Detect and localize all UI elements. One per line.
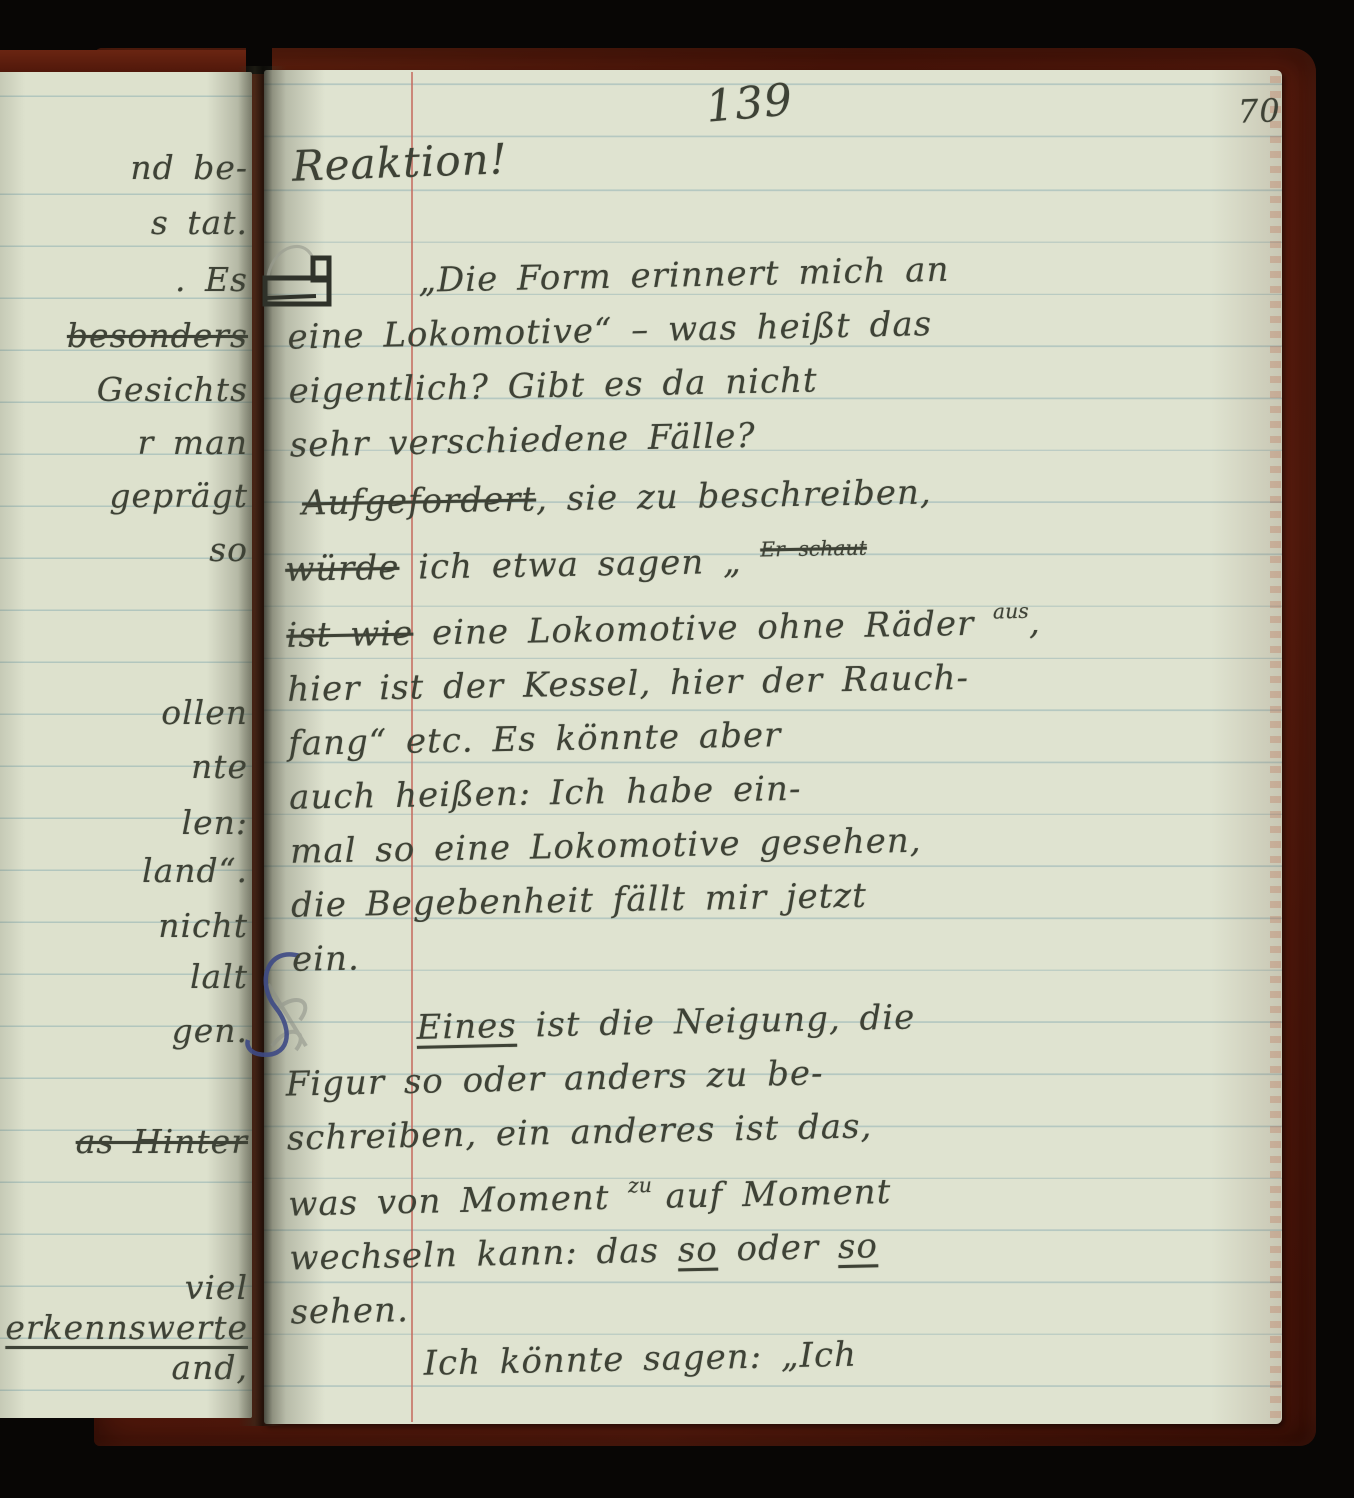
handwriting-segment: viel xyxy=(185,1268,248,1307)
handwriting-segment: besonders xyxy=(67,316,248,355)
handwriting-segment: die Begebenheit fällt mir jetzt xyxy=(291,876,867,926)
handwriting-segment: so xyxy=(209,530,248,569)
heading-reaktion: Reaktion! xyxy=(291,134,508,190)
left-page-fragment: lalt xyxy=(190,957,248,996)
handwriting-segment: was von Moment xyxy=(288,1177,629,1224)
handwriting-segment: nicht xyxy=(158,906,248,945)
handwriting-segment: Aufgefordert xyxy=(302,479,537,523)
left-page-fragment: Gesichts xyxy=(97,370,248,409)
left-page-fragment: geprägt xyxy=(109,476,248,515)
handwriting-segment: , sie zu beschreiben, xyxy=(536,473,932,520)
handwriting-segment: eigentlich? Gibt es da nicht xyxy=(288,360,818,411)
left-page-fragment: . Es xyxy=(175,260,248,299)
handwriting-segment: oder xyxy=(717,1227,838,1270)
handwriting-segment: Eines xyxy=(416,1006,517,1048)
handwriting-segment: auf Moment xyxy=(665,1172,892,1217)
handwriting-segment: zu xyxy=(628,1173,666,1198)
handwriting-segment: r man xyxy=(138,423,248,462)
handwriting-segment: Figur so oder anders zu be- xyxy=(285,1053,824,1104)
handwriting-segment: land“. xyxy=(142,851,248,890)
left-page-fragment: nicht xyxy=(158,906,248,945)
left-page-fragment: land“. xyxy=(142,851,248,890)
handwriting-segment: Gesichts xyxy=(97,370,248,409)
handwriting-segment: nte xyxy=(191,747,248,786)
handwriting-segment: as Hinter xyxy=(76,1122,248,1161)
left-page-fragment: as Hinter xyxy=(76,1122,248,1161)
handwriting-segment: len: xyxy=(182,803,248,842)
page-number-right: 70 xyxy=(1237,91,1281,130)
left-page-fragment: gen. xyxy=(172,1011,248,1050)
handwriting-segment: fang“ etc. Es könnte aber xyxy=(288,715,782,764)
left-page-fragment: r man xyxy=(138,423,248,462)
handwriting-segment: erkennswerte xyxy=(5,1308,248,1347)
handwriting-segment: so xyxy=(677,1230,718,1271)
handwritten-paragraph: Aufgefordert, sie zu beschreiben,würde i… xyxy=(284,459,1303,987)
left-page-fragment: viel xyxy=(185,1268,248,1307)
page-number-center: 139 xyxy=(704,74,795,132)
left-page-fragment: besonders xyxy=(67,316,248,355)
handwriting-segment: gen. xyxy=(172,1011,248,1050)
left-page-fragment: len: xyxy=(182,803,248,842)
handwriting-segment: ist die Neigung, die xyxy=(516,997,915,1045)
handwriting-segment: „Die Form erinnert mich an xyxy=(418,250,950,301)
handwriting-segment: and, xyxy=(171,1348,248,1387)
handwriting-segment: auch heißen: Ich habe ein- xyxy=(289,769,802,818)
handwriting-segment: nd be- xyxy=(130,148,248,187)
handwriting-segment: Er schaut xyxy=(760,536,867,562)
handwriting-segment: geprägt xyxy=(109,476,248,515)
left-page-fragment: and, xyxy=(171,1348,248,1387)
handwriting-segment: wechseln kann: das xyxy=(289,1230,678,1278)
handwriting-segment: ist wie xyxy=(286,614,414,656)
handwritten-paragraph: „Die Form erinnert mich aneine Lokomotiv… xyxy=(286,235,1300,472)
notebook-photo: 139 70 Reaktion! „Die Form erinnert mich… xyxy=(0,0,1354,1498)
handwriting-segment: , xyxy=(1029,603,1042,643)
handwriting-segment: eine Lokomotive“ – was heißt das xyxy=(287,304,932,357)
handwriting-segment: sehr verschiedene Fälle? xyxy=(289,416,756,466)
handwriting-segment: ollen xyxy=(161,693,248,732)
left-page-fragment: so xyxy=(209,530,248,569)
handwriting-segment: mal so eine Lokomotive gesehen, xyxy=(290,821,922,872)
left-page-fragment: nd be- xyxy=(130,148,248,187)
handwritten-paragraph: Eines ist die Neigung, dieFigur so oder … xyxy=(284,982,1302,1393)
handwriting-segment: eine Lokomotive ohne Räder xyxy=(413,603,994,653)
handwriting-segment: so xyxy=(838,1226,879,1267)
handwriting-segment: lalt xyxy=(190,957,248,996)
handwriting-segment: ein. xyxy=(292,939,360,980)
left-page-fragment: erkennswerte xyxy=(5,1308,248,1347)
handwriting-segment: würde xyxy=(285,548,400,590)
handwriting-segment: hier ist der Kessel, hier der Rauch- xyxy=(287,658,969,710)
handwriting-segment: Ich könnte sagen: „Ich xyxy=(423,1335,857,1384)
left-page-fragment: nte xyxy=(191,747,248,786)
handwriting-segment: ich etwa sagen „ xyxy=(399,542,761,588)
handwriting-segment: . Es xyxy=(175,260,248,299)
handwriting-segment: s tat. xyxy=(151,203,248,242)
handwriting-segment: aus xyxy=(993,599,1029,624)
handwriting-segment: schreiben, ein anderes ist das, xyxy=(286,1106,872,1158)
left-page-fragment: s tat. xyxy=(151,203,248,242)
handwriting-segment: sehen. xyxy=(290,1290,409,1332)
left-page-fragment: ollen xyxy=(161,693,248,732)
